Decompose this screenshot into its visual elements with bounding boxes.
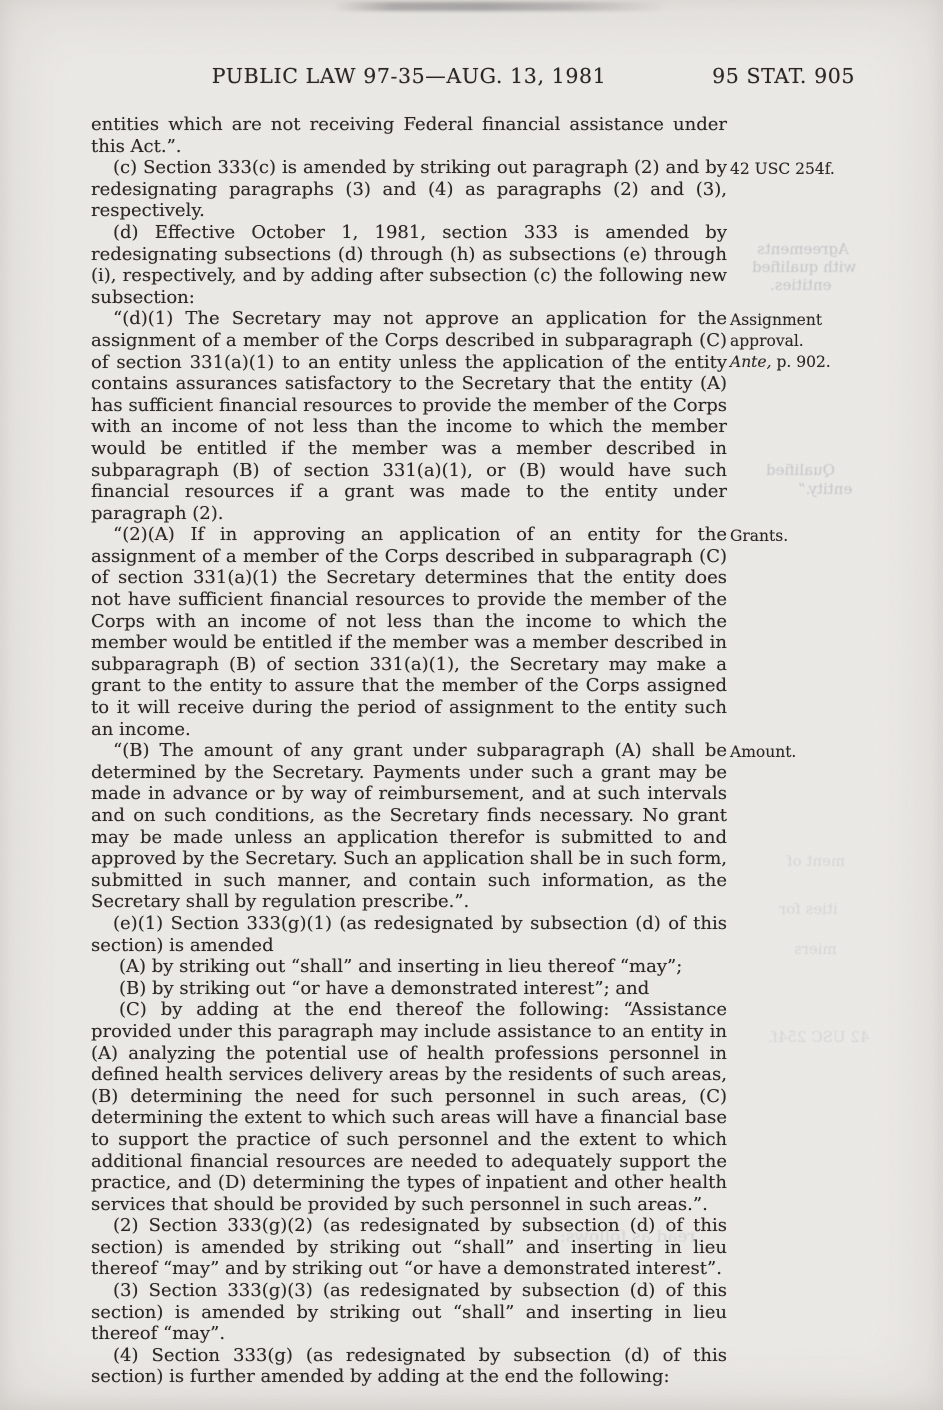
paragraph-2a-text: “(2)(A) If in approving an application o… <box>91 524 727 739</box>
page-header-law-title: PUBLIC LAW 97-35—AUG. 13, 1981 <box>91 64 727 88</box>
paragraph-3: (3) Section 333(g)(3) (as redesignated b… <box>91 1280 727 1345</box>
paragraph-e1: (e)(1) Section 333(g)(1) (as redesignate… <box>91 913 727 956</box>
margin-note-assignment-text: Assignment approval. <box>730 311 822 350</box>
paragraph-2: (2) Section 333(g)(2) (as redesignated b… <box>91 1215 727 1280</box>
clause-a: (A) by striking out “shall” and insertin… <box>91 956 727 978</box>
clause-c: (C) by adding at the end thereof the fol… <box>91 999 727 1215</box>
paragraph-b: “(B) The amount of any grant under subpa… <box>91 740 727 913</box>
statute-text-column: entities which are not receiving Federal… <box>91 114 727 1388</box>
margin-note-ante-italic: Ante, <box>730 353 772 371</box>
margin-note-amount: Amount. <box>730 742 872 763</box>
clause-b: (B) by striking out “or have a demonstra… <box>91 978 727 1000</box>
paragraph-continuation: entities which are not receiving Federal… <box>91 114 727 157</box>
paragraph-c: (c) Section 333(c) is amended by strikin… <box>91 157 727 222</box>
page-header-stat-citation: 95 STAT. 905 <box>712 64 855 88</box>
paragraph-d1-text: “(d)(1) The Secretary may not approve an… <box>91 308 727 523</box>
margin-note-grants: Grants. <box>730 526 872 547</box>
paragraph-4: (4) Section 333(g) (as redesignated by s… <box>91 1345 727 1388</box>
paragraph-2a: “(2)(A) If in approving an application o… <box>91 524 727 740</box>
margin-note-assignment-approval: Assignment approval. Ante, p. 902. <box>730 310 872 373</box>
margin-note-ante-rest: p. 902. <box>772 353 831 371</box>
paragraph-c-text: (c) Section 333(c) is amended by strikin… <box>91 157 727 221</box>
margin-note-usc: 42 USC 254f. <box>730 159 872 180</box>
paragraph-b-text: “(B) The amount of any grant under subpa… <box>91 740 727 912</box>
paragraph-d1: “(d)(1) The Secretary may not approve an… <box>91 308 727 524</box>
statute-page: Agreements with qualified entities. Qual… <box>0 0 943 1410</box>
paragraph-d: (d) Effective October 1, 1981, section 3… <box>91 222 727 308</box>
